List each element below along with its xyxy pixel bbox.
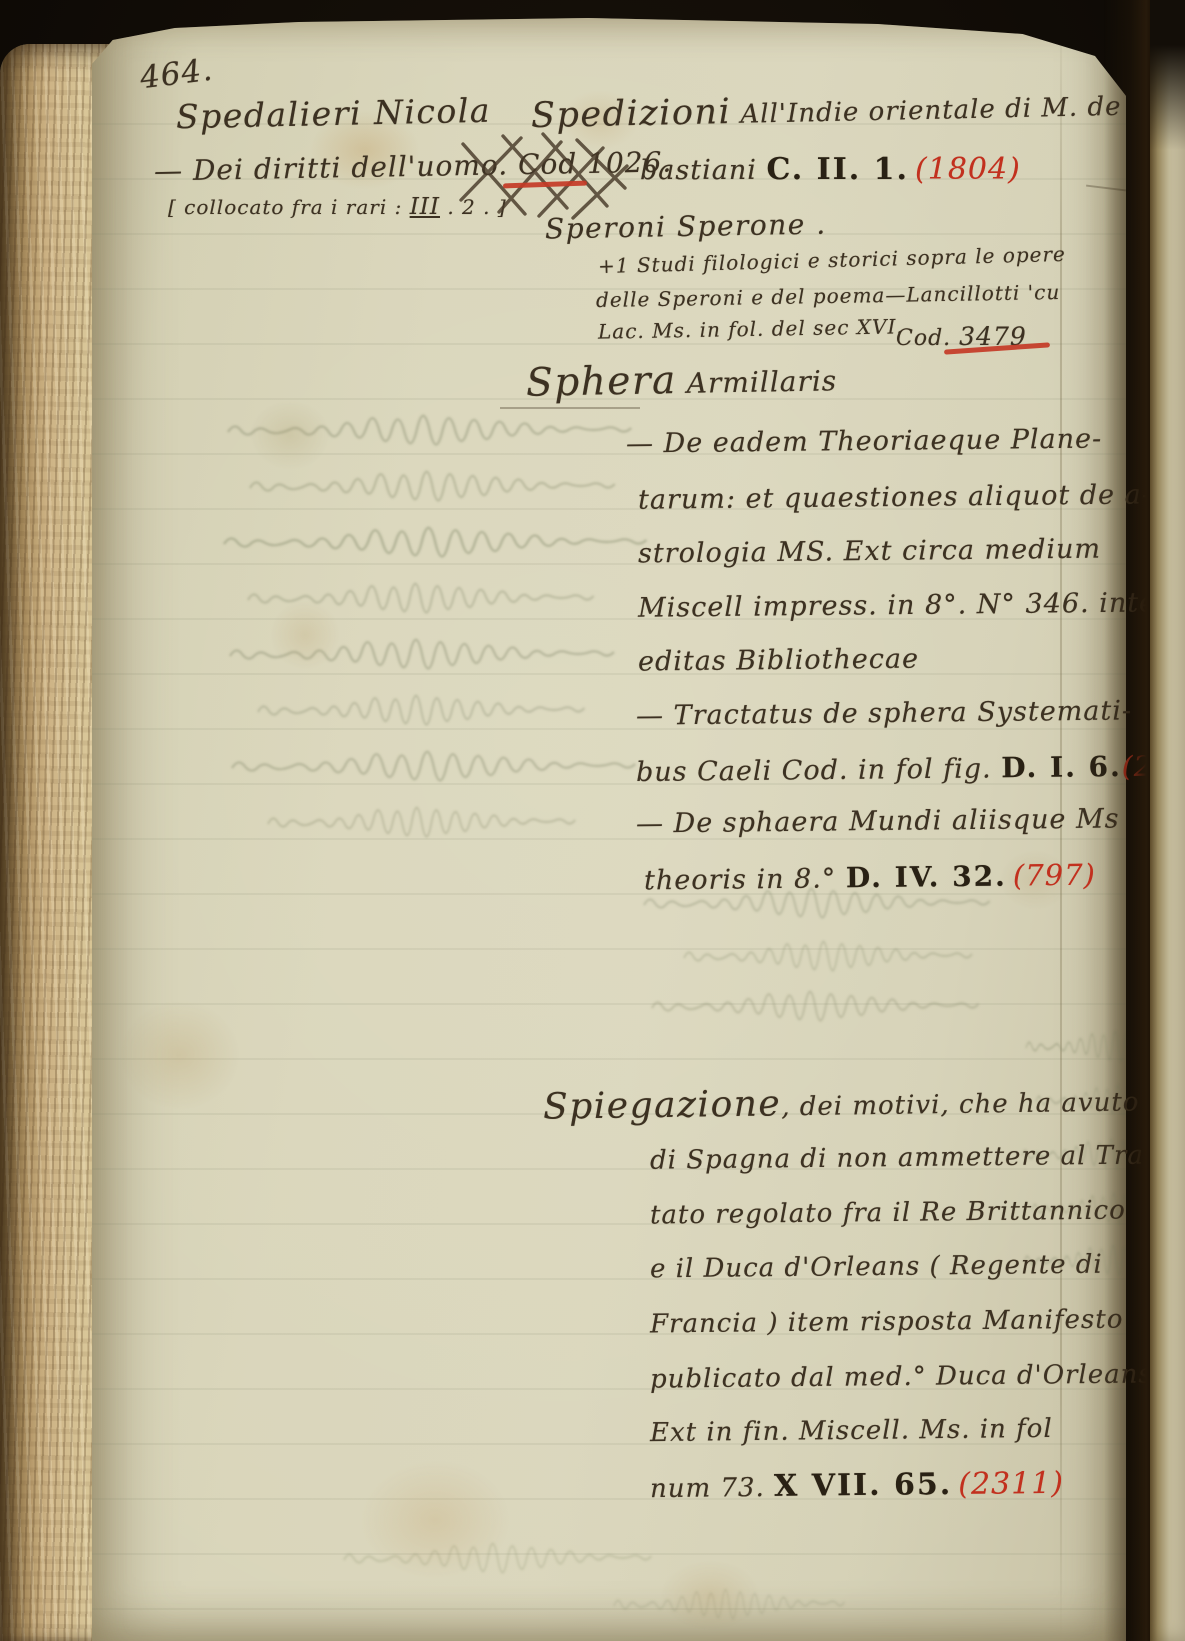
spiegazione-last-line-text: num 73. (650, 1473, 774, 1504)
sphera-item1-line3: strologia MS. Ext circa medium (638, 534, 1101, 570)
sphera-item1-line5: editas Bibliothecae (638, 644, 919, 678)
entry-spedizioni-head: Spedizioni (531, 92, 732, 136)
entry-sphera-head-rest: Armillaris (677, 364, 838, 400)
entry-spedalieri-title: Spedalieri Nicola (176, 91, 492, 137)
entry-sphera-head: Sphera (526, 358, 678, 406)
shelfmark-spedizioni: C. II. 1. (766, 152, 909, 187)
spiegazione-line1: di Spagna di non ammettere al Trat- (650, 1140, 1165, 1175)
stain (360, 1460, 510, 1580)
sphera-item2-line1: — Tractatus de sphera Systemati- (636, 695, 1132, 731)
entry-speroni-head: Speroni Sperone . (545, 208, 827, 246)
spiegazione-line2: tato regolato fra il Re Brittannico (650, 1196, 1126, 1231)
stain (120, 1000, 240, 1110)
sphera-item2-line2: bus Caeli Cod. in fol fig. D. I. 6.(2997… (636, 749, 1185, 788)
red-code-797: (797) (1013, 858, 1096, 893)
spiegazione-line4: Francia ) item risposta Manifesto (650, 1305, 1124, 1340)
sphera-item3-line1: — De sphaera Mundi aliisque Ms (636, 803, 1120, 839)
stain (270, 600, 340, 670)
facing-page-edge (1150, 0, 1185, 1641)
sphera-item3-line2-text: theoris in 8.° (644, 863, 846, 896)
sphera-item3-line2: theoris in 8.° D. IV. 32. (797) (644, 858, 1096, 897)
entry-spedizioni-rest: All'Indie orientale di M. de (731, 92, 1122, 130)
shelfmark-xvii-65: X VII. 65. (774, 1467, 953, 1504)
stain (250, 400, 330, 470)
sphera-item2-line2-text: bus Caeli Cod. in fol fig. (636, 753, 1002, 788)
entry-spiegazione-head: Spiegazione (543, 1083, 782, 1127)
sphera-item1-line4: Miscell impress. in 8°. N° 346. inter (638, 587, 1170, 624)
entry-sphera-head-line: Sphera Armillaris (526, 355, 838, 405)
spiegazione-line5: publicato dal med.° Duca d'Orleans (650, 1359, 1153, 1394)
spiegazione-line3: e il Duca d'Orleans ( Regente di (650, 1250, 1103, 1285)
note-pre: [ collocato fra i rari : (168, 195, 410, 219)
spiegazione-last-line: num 73. X VII. 65. (2311) (650, 1466, 1064, 1505)
red-code-2311: (2311) (958, 1466, 1064, 1502)
book-gutter-shadow (1104, 0, 1152, 1641)
note-roman-numeral: III (410, 194, 440, 220)
cod-label: Cod. (896, 326, 959, 351)
entry-spedizioni-line2: bastiani C. II. 1. (1804) (640, 152, 1021, 187)
shelfmark-d-iv-32: D. IV. 32. (846, 860, 1007, 895)
entry-spedizioni-line2-text: bastiani (640, 155, 766, 186)
sphera-item1-line1: — De eadem Theoriaeque Plane- (626, 424, 1102, 460)
red-code-1804: (1804) (915, 152, 1021, 187)
underline-sphera (500, 407, 640, 409)
spiegazione-line6: Ext in fin. Miscell. Ms. in fol (650, 1414, 1053, 1448)
manuscript-photo: 464. Spedalieri Nicola — Dei diritti del… (0, 0, 1185, 1641)
stain (660, 1560, 760, 1630)
sphera-item1-line2: tarum: et quaestiones aliquot de a- (638, 479, 1152, 515)
